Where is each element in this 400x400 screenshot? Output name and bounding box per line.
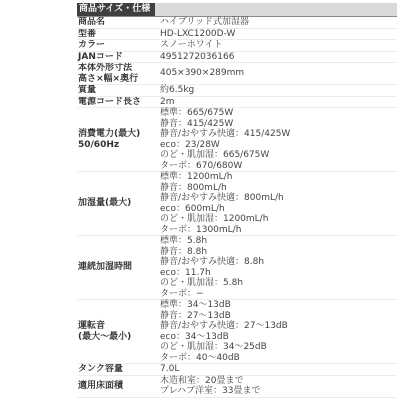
spec-label: 消費電力(最大)50/60Hz	[77, 108, 155, 172]
spec-value-line: 4951272036166	[160, 52, 395, 63]
spec-table-body: 商品名ハイブリッド式加湿器型番HD-LXC1200D-WカラースノーホワイトJA…	[77, 17, 397, 398]
product-spec-table: 商品サイズ・仕様 商品名ハイブリッド式加湿器型番HD-LXC1200D-Wカラー…	[77, 3, 397, 398]
spec-value-line: eco：34〜13dB	[160, 332, 395, 343]
table-row: 運転音(最大〜最小)標準：34〜13dB静音：27〜13dB静音/おやすみ快適：…	[77, 300, 397, 364]
spec-value-line: ハイブリッド式加湿器	[160, 17, 395, 28]
spec-table-title: 商品サイズ・仕様	[77, 3, 155, 17]
spec-label: 商品名	[77, 17, 155, 29]
spec-value-line: プレハブ洋室：33畳まで	[160, 386, 395, 397]
spec-value-line: ターボ：40〜40dB	[160, 353, 395, 364]
table-row: 消費電力(最大)50/60Hz標準：665/675W静音：415/425W静音/…	[77, 108, 397, 172]
table-row: 型番HD-LXC1200D-W	[77, 28, 397, 40]
spec-value-line: 約6.5kg	[160, 85, 395, 96]
spec-value-line: のど・肌加湿：665/675W	[160, 150, 395, 161]
table-row: 連続加湿時間標準：5.8h静音：8.8h静音/おやすみ快適：8.8heco：11…	[77, 236, 397, 300]
spec-value: 405×390×289mm	[155, 63, 397, 85]
spec-value-line: 標準：1200mL/h	[160, 172, 395, 183]
spec-value-line: 標準：665/675W	[160, 108, 395, 119]
spec-label: 適用床面積	[77, 375, 155, 397]
spec-label: カラー	[77, 40, 155, 52]
spec-value: ハイブリッド式加湿器	[155, 17, 397, 29]
spec-value: スノーホワイト	[155, 40, 397, 52]
table-row: 適用床面積木造和室：20畳までプレハブ洋室：33畳まで	[77, 375, 397, 397]
spec-value: 標準：34〜13dB静音：27〜13dB静音/おやすみ快適：27〜13dBeco…	[155, 300, 397, 364]
spec-value-line: 2m	[160, 97, 395, 108]
spec-value: 7.0L	[155, 364, 397, 376]
spec-value-line: 静音：8.8h	[160, 247, 395, 258]
spec-value-line: 静音/おやすみ快適：800mL/h	[160, 193, 395, 204]
spec-value: 木造和室：20畳までプレハブ洋室：33畳まで	[155, 375, 397, 397]
spec-value-line: のど・肌加湿：5.8h	[160, 278, 395, 289]
spec-value-line: スノーホワイト	[160, 40, 395, 51]
spec-value-line: eco：23/28W	[160, 140, 395, 151]
spec-value-line: 静音：800mL/h	[160, 183, 395, 194]
spec-value-line: 木造和室：20畳まで	[160, 376, 395, 387]
spec-value-line: 7.0L	[160, 364, 395, 375]
spec-label: 型番	[77, 28, 155, 40]
spec-value: 標準：665/675W静音：415/425W静音/おやすみ快適：415/425W…	[155, 108, 397, 172]
spec-label: 運転音(最大〜最小)	[77, 300, 155, 364]
spec-label: タンク容量	[77, 364, 155, 376]
spec-value: 標準：5.8h静音：8.8h静音/おやすみ快適：8.8heco：11.7hのど・…	[155, 236, 397, 300]
spec-label: 質量	[77, 85, 155, 97]
spec-value-line: 標準：34〜13dB	[160, 300, 395, 311]
spec-value-line: 405×390×289mm	[160, 68, 395, 79]
spec-value: 標準：1200mL/h静音：800mL/h静音/おやすみ快適：800mL/hec…	[155, 172, 397, 236]
spec-label: 連続加湿時間	[77, 236, 155, 300]
spec-value-line: 静音：27〜13dB	[160, 311, 395, 322]
spec-value-line: 静音/おやすみ快適：415/425W	[160, 129, 395, 140]
table-row: 本体外形寸法高さ×幅×奥行405×390×289mm	[77, 63, 397, 85]
spec-value-line: ターボ：1300mL/h	[160, 225, 395, 236]
table-row: 電源コード長さ2m	[77, 96, 397, 108]
table-row: 質量約6.5kg	[77, 85, 397, 97]
spec-value-line: 静音/おやすみ快適：8.8h	[160, 257, 395, 268]
spec-value: 2m	[155, 96, 397, 108]
table-row: 商品名ハイブリッド式加湿器	[77, 17, 397, 29]
spec-value-line: ターボ：670/680W	[160, 161, 395, 172]
spec-value-line: HD-LXC1200D-W	[160, 29, 395, 40]
spec-value-line: 標準：5.8h	[160, 236, 395, 247]
table-row: 加湿量(最大)標準：1200mL/h静音：800mL/h静音/おやすみ快適：80…	[77, 172, 397, 236]
spec-label: JANコード	[77, 51, 155, 63]
spec-table-header-row: 商品サイズ・仕様	[77, 3, 397, 17]
spec-label: 加湿量(最大)	[77, 172, 155, 236]
spec-label: 本体外形寸法高さ×幅×奥行	[77, 63, 155, 85]
spec-value: 4951272036166	[155, 51, 397, 63]
spec-table-header-strip	[155, 3, 397, 17]
spec-value-line: eco：600mL/h	[160, 204, 395, 215]
table-row: タンク容量7.0L	[77, 364, 397, 376]
spec-value-line: のど・肌加湿：1200mL/h	[160, 214, 395, 225]
table-row: カラースノーホワイト	[77, 40, 397, 52]
product-spec-section: 商品サイズ・仕様 商品名ハイブリッド式加湿器型番HD-LXC1200D-Wカラー…	[0, 0, 400, 398]
spec-label: 電源コード長さ	[77, 96, 155, 108]
spec-value: 約6.5kg	[155, 85, 397, 97]
spec-value-line: eco：11.7h	[160, 268, 395, 279]
spec-value-line: のど・肌加湿：34〜25dB	[160, 342, 395, 353]
table-row: JANコード4951272036166	[77, 51, 397, 63]
spec-value-line: 静音：415/425W	[160, 119, 395, 130]
spec-value-line: 静音/おやすみ快適：27〜13dB	[160, 321, 395, 332]
spec-value: HD-LXC1200D-W	[155, 28, 397, 40]
spec-value-line: ターボ：−	[160, 289, 395, 300]
